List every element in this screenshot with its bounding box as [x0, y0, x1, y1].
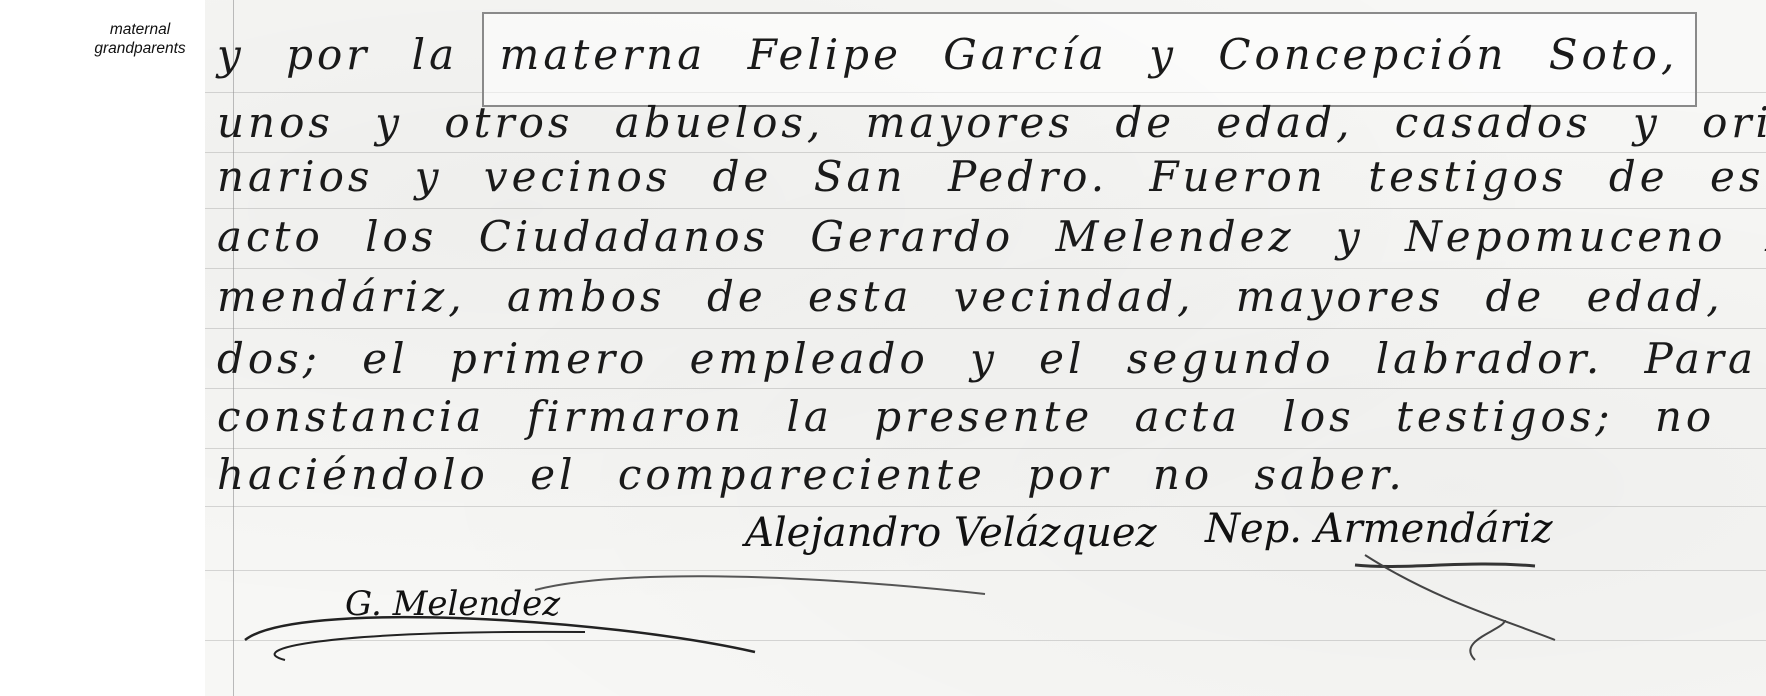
annotation-label: maternal grandparents	[70, 20, 210, 58]
scanned-document-page: y por la materna Felipe García y Concepc…	[205, 0, 1766, 696]
signature-flourishes	[205, 0, 1766, 696]
annotation-label-line-1: maternal	[70, 20, 210, 39]
annotation-column: maternal grandparents	[0, 0, 205, 696]
annotation-label-line-2: grandparents	[70, 39, 210, 58]
